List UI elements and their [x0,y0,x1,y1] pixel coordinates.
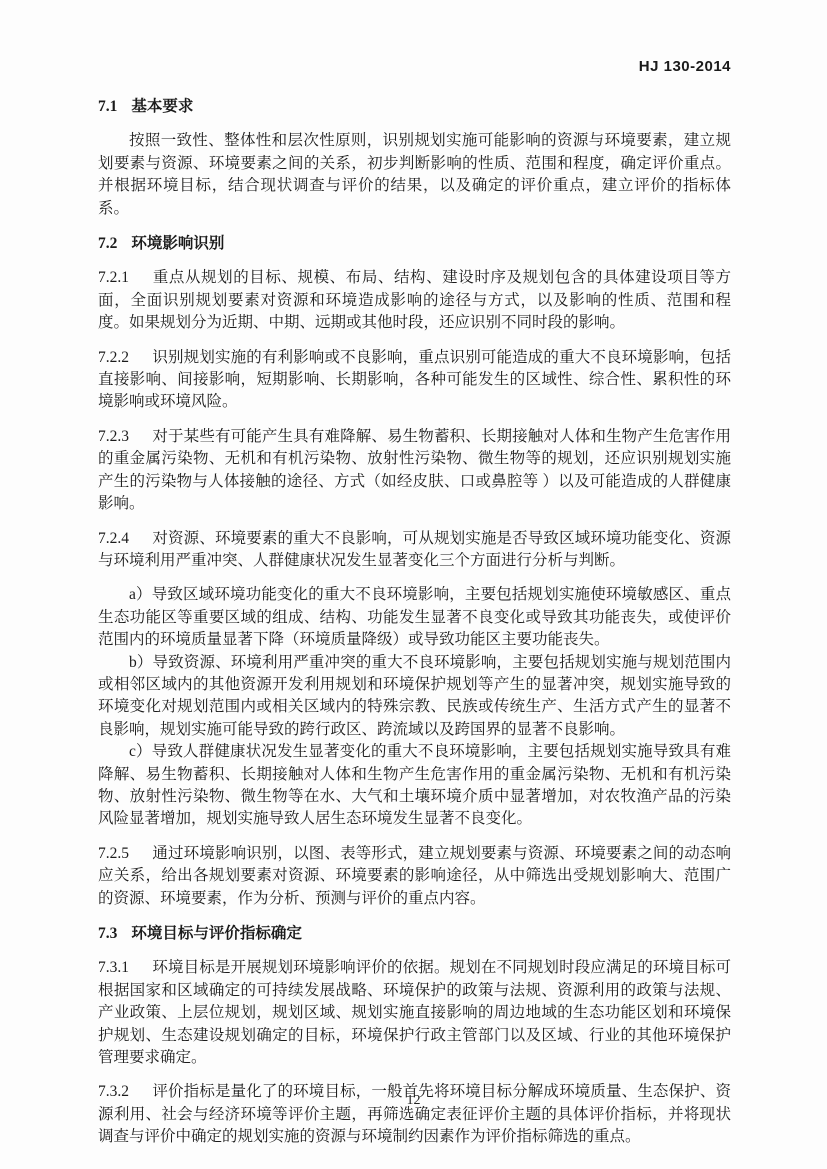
paragraph-text: 重点从规划的目标、规模、布局、结构、建设时序及规划包含的具体建设项目等方面，全面… [98,269,731,331]
clause-number: 7.2.2 [98,349,129,366]
list-item-paragraph: a）导致区域环境功能变化的重大不良环境影响，主要包括规划实施使环境敏感区、重点生… [98,584,731,651]
section-heading: 7.1基本要求 [98,96,731,118]
clause-number: 7.3.1 [98,959,129,976]
paragraph-text: 对于某些有可能产生具有难降解、易生物蓄积、长期接触对人体和生物产生危害作用的重金… [98,428,731,512]
document-page: HJ 130-2014 7.1基本要求按照一致性、整体性和层次性原则，识别规划实… [0,0,827,1169]
clause-number: 7.2.5 [98,845,129,862]
paragraph: 7.2.2识别规划实施的有利影响或不良影响，重点识别可能造成的重大不良环境影响，… [98,347,731,414]
section-number: 7.3 [98,925,117,942]
paragraph: 7.2.4对资源、环境要素的重大不良影响，可从规划实施是否导致区域环境功能变化、… [98,528,731,573]
standard-code-header: HJ 130-2014 [98,58,731,75]
paragraph-text: a）导致区域环境功能变化的重大不良环境影响，主要包括规划实施使环境敏感区、重点生… [98,586,731,648]
clause-number: 7.2.1 [98,269,129,286]
paragraph: 7.3.1环境目标是开展规划环境影响评价的依据。规划在不同规划时段应满足的环境目… [98,957,731,1069]
section-title: 环境影响识别 [131,235,224,252]
paragraph-text: 按照一致性、整体性和层次性原则，识别规划实施可能影响的资源与环境要素，建立规划要… [98,132,731,216]
paragraph-text: 对资源、环境要素的重大不良影响，可从规划实施是否导致区域环境功能变化、资源与环境… [98,530,731,569]
clause-number: 7.2.4 [98,530,129,547]
document-content: 7.1基本要求按照一致性、整体性和层次性原则，识别规划实施可能影响的资源与环境要… [98,96,731,1149]
section-title: 环境目标与评价指标确定 [131,925,302,942]
section-title: 基本要求 [131,98,193,115]
paragraph-text: 识别规划实施的有利影响或不良影响，重点识别可能造成的重大不良环境影响，包括直接影… [98,349,731,411]
paragraph: 7.2.1重点从规划的目标、规模、布局、结构、建设时序及规划包含的具体建设项目等… [98,267,731,334]
list-item-paragraph: b）导致资源、环境利用严重冲突的重大不良环境影响，主要包括规划实施与规划范围内或… [98,652,731,742]
paragraph-text: c）导致人群健康状况发生显著变化的重大不良环境影响，主要包括规划实施导致具有难降… [98,743,731,827]
clause-number: 7.2.3 [98,428,129,445]
page-number: 12 [0,1093,827,1109]
paragraph: 7.2.3对于某些有可能产生具有难降解、易生物蓄积、长期接触对人体和生物产生危害… [98,426,731,516]
paragraph-text: 环境目标是开展规划环境影响评价的依据。规划在不同规划时段应满足的环境目标可根据国… [98,959,731,1066]
section-number: 7.2 [98,235,117,252]
section-number: 7.1 [98,98,117,115]
list-item-paragraph: c）导致人群健康状况发生显著变化的重大不良环境影响，主要包括规划实施导致具有难降… [98,741,731,831]
paragraph: 按照一致性、整体性和层次性原则，识别规划实施可能影响的资源与环境要素，建立规划要… [98,130,731,220]
paragraph-text: 通过环境影响识别，以图、表等形式，建立规划要素与资源、环境要素之间的动态响应关系… [98,845,731,907]
section-heading: 7.3环境目标与评价指标确定 [98,923,731,945]
paragraph: 7.3.2评价指标是量化了的环境目标，一般首先将环境目标分解成环境质量、生态保护… [98,1081,731,1148]
section-heading: 7.2环境影响识别 [98,233,731,255]
paragraph: 7.2.5通过环境影响识别，以图、表等形式，建立规划要素与资源、环境要素之间的动… [98,843,731,910]
paragraph-text: b）导致资源、环境利用严重冲突的重大不良环境影响，主要包括规划实施与规划范围内或… [98,654,731,738]
